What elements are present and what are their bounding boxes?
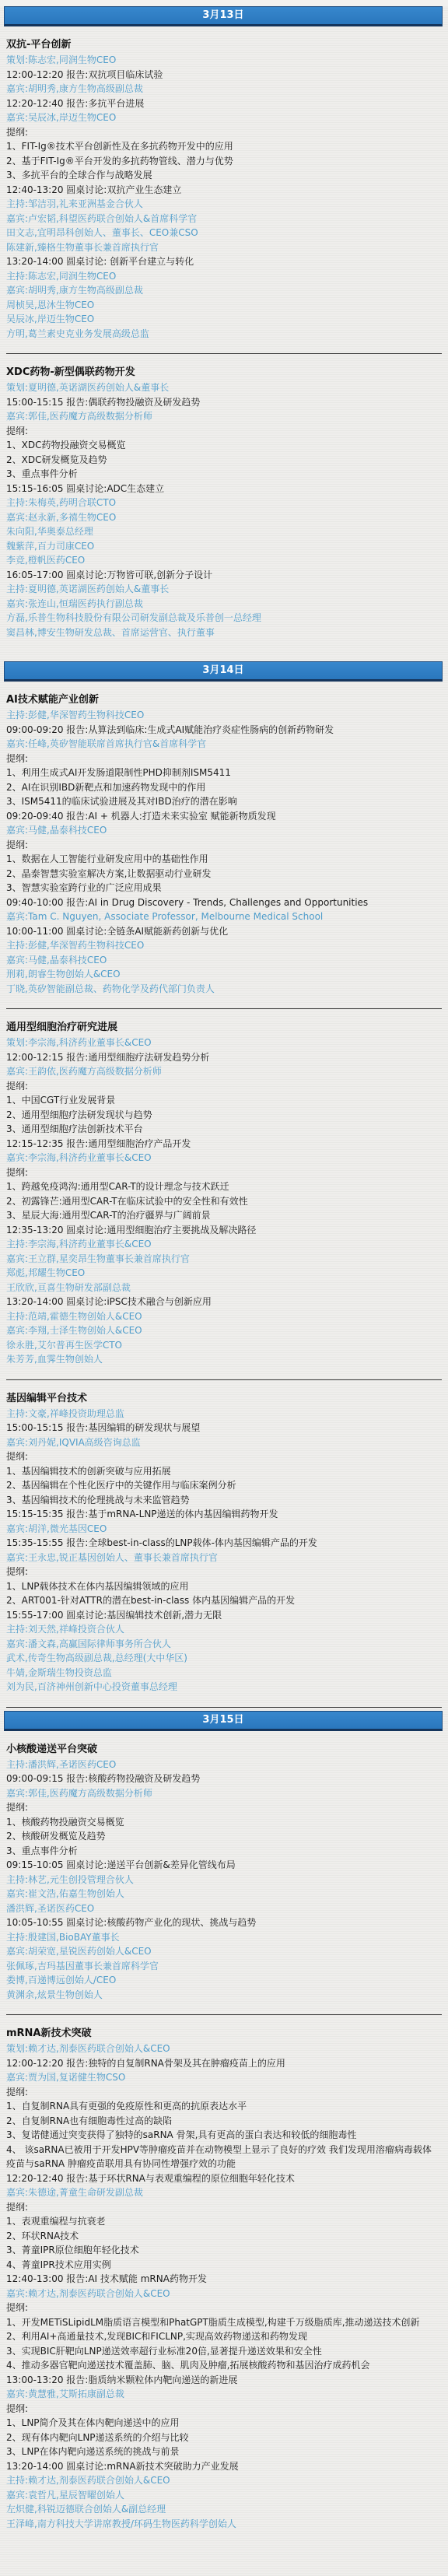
- agenda-line: 1、表观重编程与抗衰老: [6, 2214, 440, 2229]
- agenda-page: 3月13日双抗-平台创新策划:陈志宏,同润生物CEO12:00-12:20 报告…: [0, 6, 448, 2576]
- agenda-line: 1、数据在人工智能行业研发应用中的基础性作用: [6, 852, 440, 867]
- speaker-line: 窦昌林,博安生物研发总裁、首席运营官、执行董事: [6, 626, 440, 640]
- speaker-line: 嘉宾:胡明秀,康方生物高级副总裁: [6, 82, 440, 96]
- agenda-line: 09:00-09:15 报告:核酸药物投融资及研发趋势: [6, 1772, 440, 1786]
- speaker-line: 嘉宾:Tam C. Nguyen, Associate Professor, M…: [6, 909, 440, 924]
- speaker-line: 主持:殷建国,BioBAY董事长: [6, 1930, 440, 1945]
- agenda-line: 2、环状RNA技术: [6, 2229, 440, 2244]
- section-divider: [6, 1707, 442, 1708]
- speaker-line: 刘为民,百济神州创新中心投资董事总经理: [6, 1680, 440, 1695]
- agenda-line: 提纲:: [6, 125, 440, 140]
- agenda-line: 1、核酸药物投融资交易概览: [6, 1815, 440, 1830]
- agenda-line: 12:40-13:00 报告:AI 技术赋能 mRNA药物开发: [6, 2272, 440, 2287]
- agenda-line: 1、自复制RNA具有更强的免疫原性和更高的抗原表达水平: [6, 2099, 440, 2114]
- agenda-line: 提纲:: [6, 2200, 440, 2215]
- session-title: 基因编辑平台技术: [6, 1390, 440, 1404]
- day-header: 3月13日: [4, 6, 443, 26]
- speaker-line: 嘉宾:胡洋,微光基因CEO: [6, 1522, 440, 1537]
- agenda-content: 3月13日双抗-平台创新策划:陈志宏,同润生物CEO12:00-12:20 报告…: [0, 6, 448, 2531]
- speaker-line: 嘉宾:卢宏韬,科望医药联合创始人&首席科学官: [6, 212, 440, 226]
- agenda-line: 1、跨越免疫鸿沟:通用型CAR-T的设计理念与技术跃迁: [6, 1179, 440, 1194]
- agenda-line: 09:15-10:05 圆桌讨论:递送平台创新&差异化管线布局: [6, 1858, 440, 1873]
- agenda-line: 10:05-10:55 圆桌讨论:核酸药物产业化的现状、挑战与趋势: [6, 1915, 440, 1930]
- speaker-line: 嘉宾:胡明秀,康方生物高级副总裁: [6, 283, 440, 298]
- speaker-line: 策划:陈志宏,同润生物CEO: [6, 53, 440, 68]
- agenda-line: 4、 该saRNA已被用于开发HPV等肿瘤疫苗并在动物模型上显示了良好的疗效 我…: [6, 2143, 440, 2171]
- agenda-line: 提纲:: [6, 1165, 440, 1180]
- agenda-line: 13:20-14:00 圆桌讨论: 创新平台建立与转化: [6, 254, 440, 269]
- agenda-line: 1、FIT-Ig®技术平台创新性及在多抗药物开发中的应用: [6, 139, 440, 154]
- agenda-line: 12:00-12:20 报告:双抗项目临床试验: [6, 68, 440, 82]
- speaker-line: 潘洪辉,圣诺医药CEO: [6, 1901, 440, 1916]
- agenda-line: 3、多抗平台的全球合作与战略发展: [6, 168, 440, 183]
- session-title: XDC药物-新型偶联药物开发: [6, 363, 440, 378]
- speaker-line: 策划:夏明德,英诺湖医药创始人&董事长: [6, 380, 440, 395]
- agenda-line: 提纲:: [6, 2301, 440, 2315]
- session-block: 通用型细胞治疗研究进展策划:李宗海,科济药业董事长&CEO12:00-12:15…: [0, 1018, 448, 1367]
- agenda-line: 3、重点事件分析: [6, 467, 440, 482]
- agenda-line: 09:20-09:40 报告:AI + 机器人:打造未来实验室 赋能新物质发现: [6, 809, 440, 824]
- agenda-line: 1、LNP简介及其在体内靶向递送中的应用: [6, 2416, 440, 2431]
- agenda-line: 2、基于FIT-Ig®平台开发的多抗药物管线、潜力与优势: [6, 154, 440, 169]
- agenda-line: 提纲:: [6, 424, 440, 439]
- speaker-line: 主持:朱梅英,药明合联CTO: [6, 496, 440, 510]
- speaker-line: 嘉宾:郭佳,医药魔方高级数据分析师: [6, 409, 440, 424]
- speaker-line: 朱芳芳,血霁生物创始人: [6, 1352, 440, 1367]
- agenda-line: 12:00-12:15 报告:通用型细胞疗法研发趋势分析: [6, 1050, 440, 1065]
- agenda-line: 13:20-14:00 圆桌讨论:iPSC技术融合与创新应用: [6, 1295, 440, 1309]
- agenda-line: 提纲:: [6, 1800, 440, 1815]
- speaker-line: 嘉宾:袁哲凡,星辰智曜创始人: [6, 2488, 440, 2503]
- agenda-line: 3、ISM5411的临床试验进展及其对IBD治疗的潜在影响: [6, 794, 440, 809]
- agenda-line: 1、LNP载体技术在体内基因编辑领域的应用: [6, 1579, 440, 1594]
- agenda-line: 2、利用AI+高通量技术,发现BIC和FICLNP,实现高效药物递送和药物发现: [6, 2329, 440, 2344]
- speaker-line: 丁晓,英矽智能副总裁、药物化学及药代部门负责人: [6, 982, 440, 997]
- speaker-line: 嘉宾:李宗海,科济药业董事长&CEO: [6, 1151, 440, 1165]
- agenda-line: 3、菁童IPR原位细胞年轻化技术: [6, 2243, 440, 2258]
- speaker-line: 嘉宾:王韵依,医药魔方高级数据分析师: [6, 1064, 440, 1079]
- agenda-line: 10:00-11:00 圆桌讨论:全链条AI赋能新药创新与优化: [6, 924, 440, 939]
- agenda-line: 3、实现BIC肝靶向LNP递送效率超行业标准20倍,显著提升递送效果和安全性: [6, 2344, 440, 2359]
- speaker-line: 主持:赖才达,剂泰医药联合创始人&CEO: [6, 2473, 440, 2488]
- agenda-line: 4、推动多器官靶向递送技术覆盖肺、脑、肌肉及肿瘤,拓展核酸药物和基因治疗成药机会: [6, 2358, 440, 2373]
- session-block: 基因编辑平台技术主持:文豪,祥峰投资助理总监15:00-15:15 报告:基因编…: [0, 1390, 448, 1695]
- section-divider: [6, 2014, 442, 2015]
- speaker-line: 嘉宾:郭佳,医药魔方高级数据分析师: [6, 1786, 440, 1801]
- session-block: AI技术赋能产业创新主持:彭健,华深智药生物科技CEO09:00-09:20 报…: [0, 691, 448, 996]
- agenda-line: 3、LNP在体内靶向递送系统的挑战与前景: [6, 2445, 440, 2459]
- agenda-line: 16:05-17:00 圆桌讨论:万物皆可联,创新分子设计: [6, 568, 440, 583]
- speaker-line: 娄博,百递博远创始人/CEO: [6, 1973, 440, 1988]
- speaker-line: 主持:彭健,华深智药生物科技CEO: [6, 708, 440, 723]
- speaker-line: 嘉宾:潘文森,高赢国际律师事务所合伙人: [6, 1637, 440, 1652]
- agenda-line: 提纲:: [6, 1565, 440, 1579]
- speaker-line: 嘉宾:任峰,英矽智能联席首席执行官&首席科学官: [6, 737, 440, 752]
- speaker-line: 主持:文豪,祥峰投资助理总监: [6, 1407, 440, 1421]
- agenda-line: 15:55-17:00 圆桌讨论:基因编辑技术创新,潜力无限: [6, 1608, 440, 1623]
- speaker-line: 李竞,橙帆医药CEO: [6, 553, 440, 568]
- speaker-line: 嘉宾:马健,晶泰科技CEO: [6, 823, 440, 838]
- agenda-line: 提纲:: [6, 2085, 440, 2100]
- agenda-line: 2、AI在识别IBD新靶点和加速药物发现中的作用: [6, 780, 440, 795]
- agenda-line: 09:00-09:20 报告:从算法到临床:生成式AI赋能治疗炎症性肠病的创新药…: [6, 723, 440, 738]
- speaker-line: 吴辰冰,岸迈生物CEO: [6, 312, 440, 327]
- speaker-line: 嘉宾:张连山,恒瑞医药执行副总裁: [6, 597, 440, 612]
- speaker-line: 周桢昊,恩沐生物CEO: [6, 298, 440, 313]
- agenda-line: 12:35-13:20 圆桌讨论:通用型细胞治疗主要挑战及解决路径: [6, 1223, 440, 1238]
- section-divider: [6, 353, 442, 354]
- agenda-line: 提纲:: [6, 1449, 440, 1464]
- agenda-line: 提纲:: [6, 1079, 440, 1094]
- speaker-line: 黄渊余,炫景生物创始人: [6, 1988, 440, 2003]
- speaker-line: 主持:刘天然,祥峰投资合伙人: [6, 1622, 440, 1637]
- day-header: 3月15日: [4, 1711, 443, 1731]
- agenda-line: 12:20-12:40 报告:基于环状RNA与表观重编程的原位细胞年轻化技术: [6, 2171, 440, 2186]
- session-block: 小核酸递送平台突破主持:潘洪辉,圣诺医药CEO09:00-09:15 报告:核酸…: [0, 1740, 448, 2003]
- agenda-line: 15:00-15:15 报告:基因编辑的研发现状与展望: [6, 1421, 440, 1435]
- speaker-line: 魏紫萍,百力司康CEO: [6, 539, 440, 554]
- agenda-line: 2、ART001-针对ATTR的潜在best-in-class 体内基因编辑产品…: [6, 1593, 440, 1608]
- section-divider: [6, 1008, 442, 1009]
- session-title: AI技术赋能产业创新: [6, 691, 440, 706]
- speaker-line: 左炽健,科锐迈德联合创始人&副总经理: [6, 2502, 440, 2517]
- agenda-line: 3、重点事件分析: [6, 1844, 440, 1859]
- agenda-line: 2、核酸研发概览及趋势: [6, 1829, 440, 1844]
- agenda-line: 提纲:: [6, 2402, 440, 2417]
- agenda-line: 12:00-12:20 报告:独特的自复制RNA骨架及其在肿瘤疫苗上的应用: [6, 2056, 440, 2071]
- speaker-line: 主持:夏明德,英诺湖医药创始人&董事长: [6, 582, 440, 597]
- agenda-line: 1、利用生成式AI开发肠道限制性PHD抑制剂ISM5411: [6, 766, 440, 780]
- speaker-line: 嘉宾:赖才达,剂泰医药联合创始人&CEO: [6, 2287, 440, 2301]
- speaker-line: 刑莉,朗睿生物创始人&CEO: [6, 967, 440, 982]
- speaker-line: 主持:潘洪辉,圣诺医药CEO: [6, 1758, 440, 1772]
- speaker-line: 主持:范靖,霍德生物创始人&CEO: [6, 1309, 440, 1324]
- speaker-line: 主持:林艺,元生创投管理合伙人: [6, 1873, 440, 1887]
- agenda-line: 2、现有体内靶向LNP递送系统的介绍与比较: [6, 2431, 440, 2445]
- agenda-line: 2、自复制RNA也有细胞毒性过高的缺陷: [6, 2114, 440, 2129]
- speaker-line: 方明,葛兰素史克业务发展高级总监: [6, 327, 440, 342]
- speaker-line: 王欣欣,亘喜生物研发部副总裁: [6, 1281, 440, 1295]
- agenda-line: 4、菁童IPR技术应用实例: [6, 2258, 440, 2273]
- session-block: XDC药物-新型偶联药物开发策划:夏明德,英诺湖医药创始人&董事长15:00-1…: [0, 363, 448, 640]
- agenda-line: 2、晶泰智慧实验室解决方案,让数据驱动行业研发: [6, 867, 440, 881]
- agenda-line: 1、基因编辑技术的创新突破与应用拓展: [6, 1464, 440, 1479]
- speaker-line: 策划:赖才达,剂泰医药联合创始人&CEO: [6, 2042, 440, 2056]
- speaker-line: 策划:李宗海,科济药业董事长&CEO: [6, 1036, 440, 1050]
- speaker-line: 主持:李宗海,科济药业董事长&CEO: [6, 1237, 440, 1252]
- agenda-line: 2、通用型细胞疗法研发现状与趋势: [6, 1108, 440, 1123]
- agenda-line: 提纲:: [6, 752, 440, 766]
- day-header: 3月14日: [4, 661, 443, 682]
- agenda-line: 15:00-15:15 报告:偶联药物投融资及研发趋势: [6, 395, 440, 410]
- speaker-line: 张佩琢,吉玛基因董事长兼首席科学官: [6, 1959, 440, 1974]
- speaker-line: 嘉宾:李翔,士泽生物创始人&CEO: [6, 1323, 440, 1338]
- agenda-line: 2、基因编辑在个性化医疗中的关键作用与临床案例分析: [6, 1478, 440, 1493]
- speaker-line: 陈建新,臻格生物董事长兼首席执行官: [6, 240, 440, 255]
- speaker-line: 嘉宾:崔文浩,佑嘉生物创始人: [6, 1887, 440, 1901]
- session-title: mRNA新技术突破: [6, 2024, 440, 2039]
- speaker-line: 嘉宾:黄慧雅,艾斯拓康副总裁: [6, 2387, 440, 2402]
- speaker-line: 主持:陈志宏,同润生物CEO: [6, 269, 440, 284]
- speaker-line: 方磊,乐普生物科技股份有限公司研发副总裁及乐普创一总经理: [6, 611, 440, 626]
- speaker-line: 嘉宾:朱德途,菁童生命研发副总裁: [6, 2185, 440, 2200]
- session-title: 通用型细胞治疗研究进展: [6, 1018, 440, 1033]
- agenda-line: 提纲:: [6, 838, 440, 853]
- speaker-line: 嘉宾:马健,晶泰科技CEO: [6, 953, 440, 968]
- agenda-line: 12:15-12:35 报告:通用型细胞治疗产品开发: [6, 1137, 440, 1151]
- speaker-line: 嘉宾:吴辰冰,岸迈生物CEO: [6, 110, 440, 125]
- agenda-line: 09:40-10:00 报告:AI in Drug Discovery - Tr…: [6, 895, 440, 910]
- agenda-line: 3、复诺健通过突变获得了独特的saRNA 骨架,具有更高的蛋白表达和较低的细胞毒…: [6, 2128, 440, 2143]
- speaker-line: 徐永胜,艾尔普再生医学CTO: [6, 1338, 440, 1353]
- agenda-line: 2、初露锋芒:通用型CAR-T在临床试验中的安全性和有效性: [6, 1194, 440, 1209]
- speaker-line: 牛婧,金斯瑞生物投资总监: [6, 1666, 440, 1681]
- speaker-line: 嘉宾:王永忠,锐正基因创始人、董事长兼首席执行官: [6, 1551, 440, 1565]
- agenda-line: 3、星辰大海:通用型CAR-T的治疗疆界与广阔前景: [6, 1208, 440, 1223]
- agenda-line: 2、XDC研发概览及趋势: [6, 453, 440, 468]
- session-title: 小核酸递送平台突破: [6, 1740, 440, 1755]
- speaker-line: 王泽峰,南方科技大学讲席教授/环码生物医药科学创始人: [6, 2517, 440, 2532]
- session-block: mRNA新技术突破策划:赖才达,剂泰医药联合创始人&CEO12:00-12:20…: [0, 2024, 448, 2531]
- agenda-line: 3、通用型细胞疗法创新技术平台: [6, 1122, 440, 1137]
- session-title: 双抗-平台创新: [6, 36, 440, 51]
- agenda-line: 12:40-13:20 圆桌讨论:双抗产业生态建立: [6, 183, 440, 198]
- agenda-line: 3、基因编辑技术的伦理挑战与未来监管趋势: [6, 1493, 440, 1508]
- speaker-line: 嘉宾:胡荣宽,星锐医药创始人&CEO: [6, 1944, 440, 1959]
- speaker-line: 嘉宾:贾为国,复诺健生物CSO: [6, 2070, 440, 2085]
- agenda-line: 13:20-14:00 圆桌讨论:mRNA新技术突破助力产业发展: [6, 2459, 440, 2474]
- speaker-line: 郑彪,邦耀生物CEO: [6, 1266, 440, 1281]
- agenda-line: 12:20-12:40 报告:多抗平台进展: [6, 96, 440, 111]
- agenda-line: 15:15-16:05 圆桌讨论:ADC生态建立: [6, 482, 440, 496]
- agenda-line: 1、开发METiSLipidLM脂质语言模型和PhatGPT脂质生成模型,构建千…: [6, 2315, 440, 2330]
- speaker-line: 嘉宾:刘丹妮,IQVIA高级咨询总监: [6, 1435, 440, 1450]
- agenda-line: 1、XDC药物投融资交易概览: [6, 438, 440, 453]
- section-divider: [6, 1379, 442, 1380]
- agenda-line: 15:15-15:35 报告:基于mRNA-LNP递送的体内基因编辑药物开发: [6, 1507, 440, 1522]
- speaker-line: 主持:邹洁羽,礼来亚洲基金合伙人: [6, 197, 440, 212]
- day-header-label: 3月14日: [202, 664, 243, 676]
- day-header-label: 3月13日: [202, 9, 243, 21]
- speaker-line: 嘉宾:赵永新,多禧生物CEO: [6, 510, 440, 525]
- speaker-line: 田文志,宜明昂科创始人、董事长、CEO兼CSO: [6, 226, 440, 240]
- session-block: 双抗-平台创新策划:陈志宏,同润生物CEO12:00-12:20 报告:双抗项目…: [0, 36, 448, 341]
- agenda-line: 13:00-13:20 报告:脂质纳米颗粒体内靶向递送的新进展: [6, 2373, 440, 2388]
- speaker-line: 嘉宾:王立群,星奕昂生物董事长兼首席执行官: [6, 1252, 440, 1267]
- agenda-line: 3、智慧实验室跨行业的广泛应用成果: [6, 881, 440, 895]
- agenda-line: 1、中国CGT行业发展背景: [6, 1093, 440, 1108]
- agenda-line: 15:35-15:55 报告:全球best-in-class的LNP载体-体内基…: [6, 1536, 440, 1551]
- speaker-line: 武术,传奇生物高级副总裁,总经理(大中华区): [6, 1651, 440, 1666]
- day-header-label: 3月15日: [202, 1714, 243, 1726]
- speaker-line: 主持:彭健,华深智药生物科技CEO: [6, 938, 440, 953]
- speaker-line: 朱向阳,华奥泰总经理: [6, 524, 440, 539]
